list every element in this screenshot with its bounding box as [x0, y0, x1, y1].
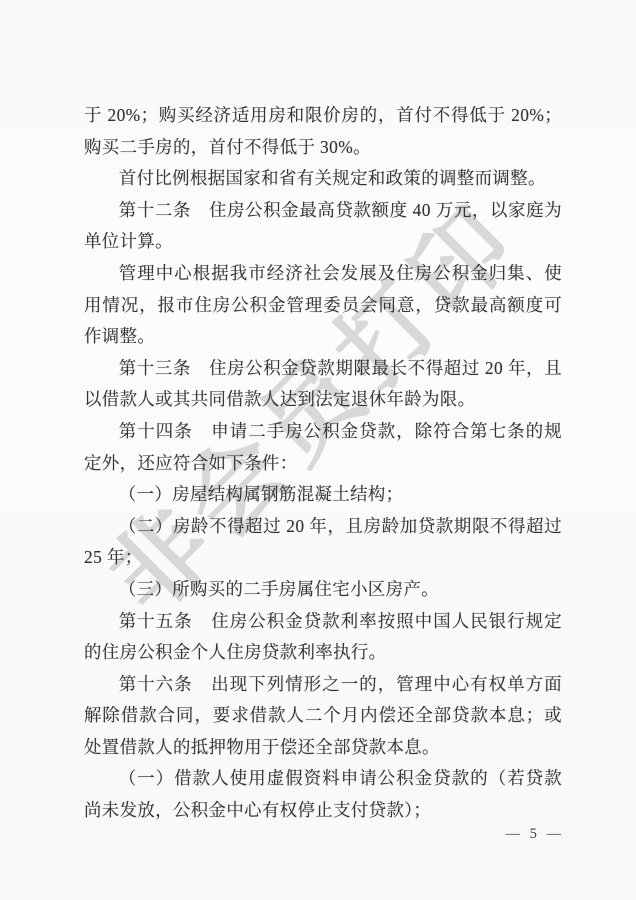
paragraph-article-16: 第十六条 出现下列情形之一的，管理中心有权单方面解除借款合同，要求借款人二个月内…	[84, 669, 562, 764]
paragraph-article-12: 第十二条 住房公积金最高贷款额度 40 万元，以家庭为单位计算。	[84, 195, 562, 258]
paragraph-item-3: （三）所购买的二手房属住宅小区房产。	[84, 574, 562, 606]
paragraph: 管理中心根据我市经济社会发展及住房公积金归集、使用情况，报市住房公积金管理委员会…	[84, 258, 562, 353]
document-page: 非会员打印 于 20%；购买经济适用房和限价房的，首付不得低于 20%；购买二手…	[0, 0, 636, 900]
paragraph-item-1: （一）房屋结构属钢筋混凝土结构；	[84, 479, 562, 511]
paragraph-item-2: （二）房龄不得超过 20 年，且房龄加贷款期限不得超过 25 年；	[84, 511, 562, 574]
paragraph-article-13: 第十三条 住房公积金贷款期限最长不得超过 20 年，且以借款人或其共同借款人达到…	[84, 353, 562, 416]
page-number: — 5 —	[0, 826, 564, 843]
paragraph-article-14: 第十四条 申请二手房公积金贷款，除符合第七条的规定外，还应符合如下条件：	[84, 416, 562, 479]
paragraph: 首付比例根据国家和省有关规定和政策的调整而调整。	[84, 163, 562, 195]
paragraph-continuation: 于 20%；购买经济适用房和限价房的，首付不得低于 20%；购买二手房的，首付不…	[84, 100, 562, 163]
paragraph-item-1b: （一）借款人使用虚假资料申请公积金贷款的（若贷款尚未发放，公积金中心有权停止支付…	[84, 763, 562, 826]
paragraph-article-15: 第十五条 住房公积金贷款利率按照中国人民银行规定的住房公积金个人住房贷款利率执行…	[84, 606, 562, 669]
document-body: 于 20%；购买经济适用房和限价房的，首付不得低于 20%；购买二手房的，首付不…	[84, 100, 562, 827]
